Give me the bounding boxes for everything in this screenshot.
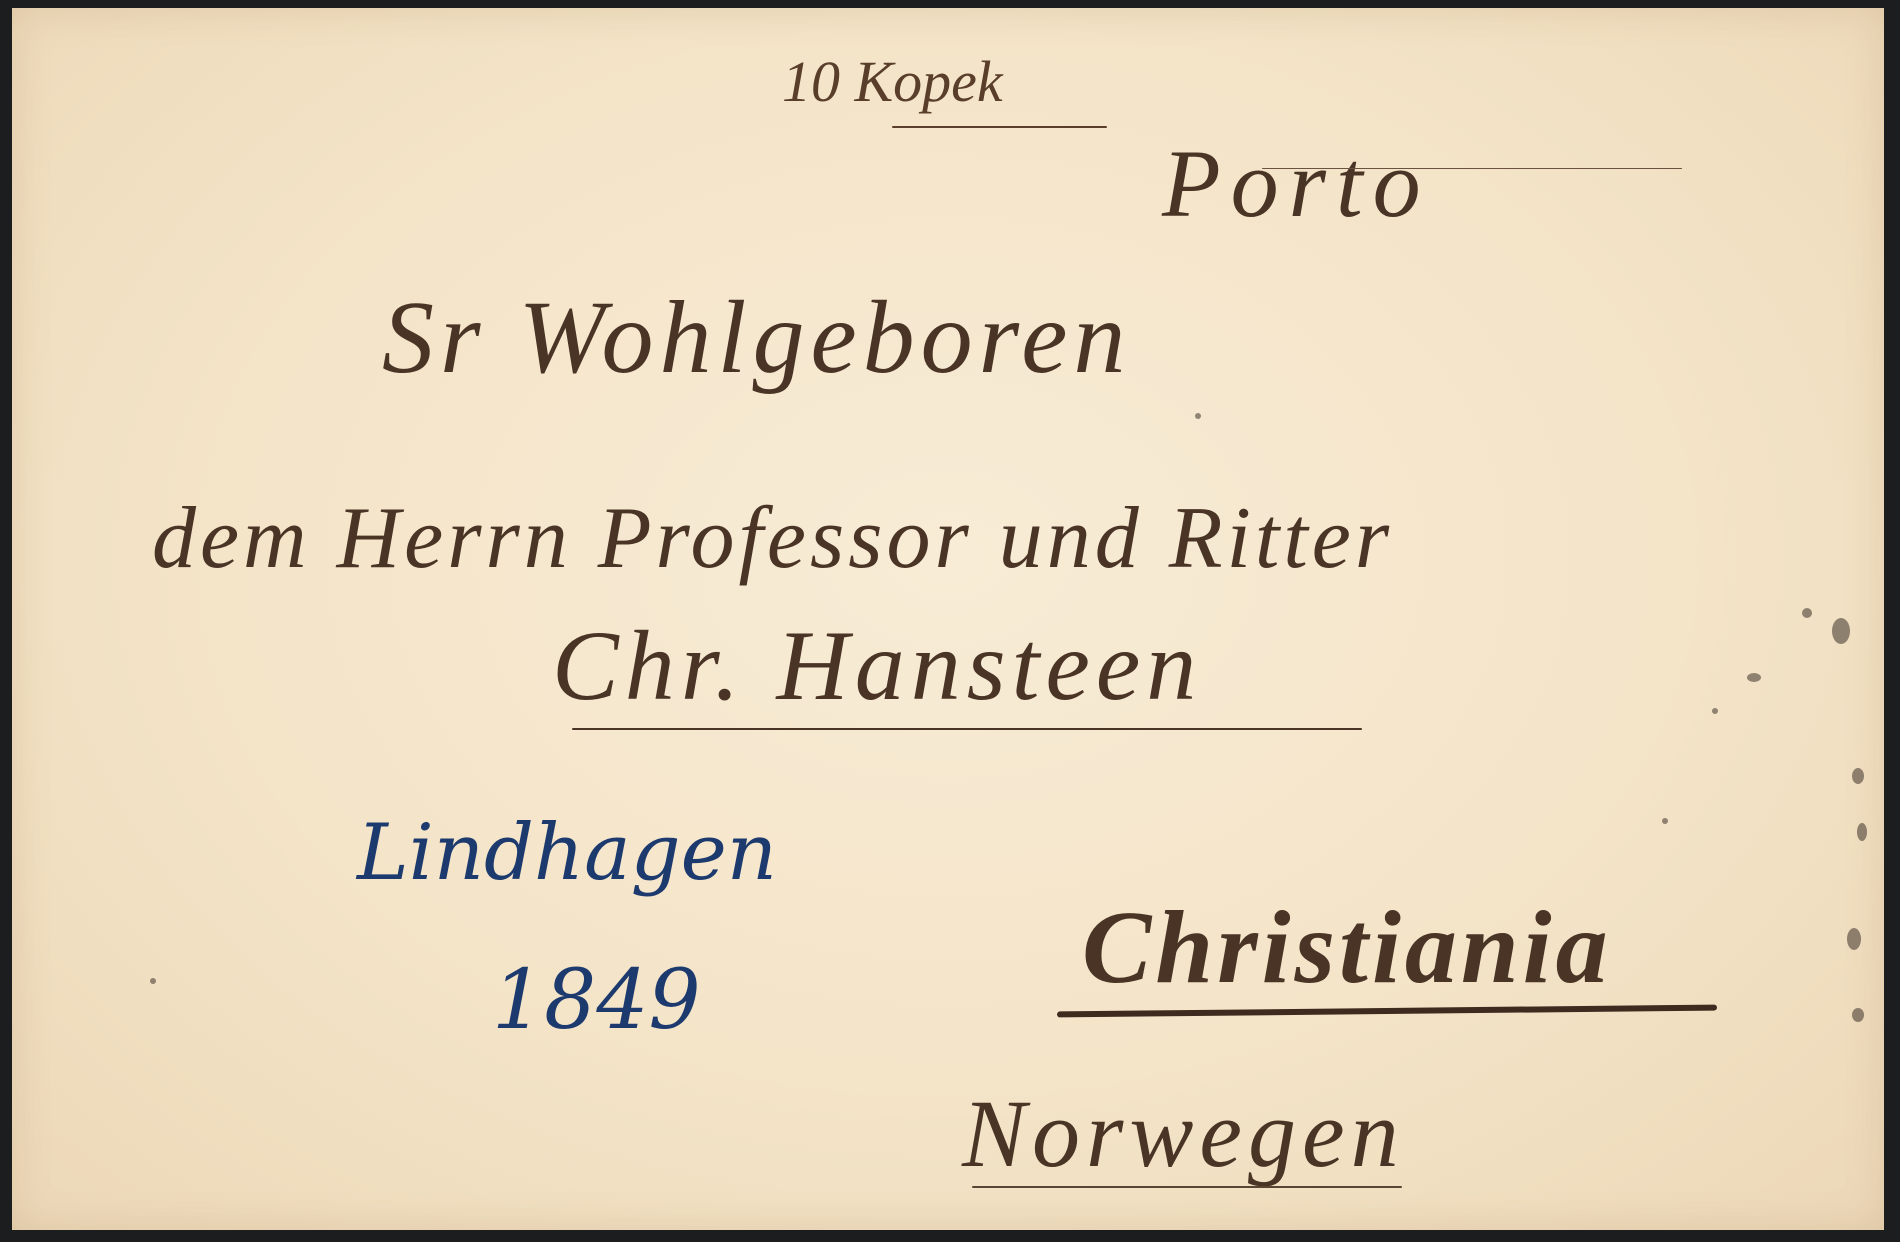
annotation-name: Lindhagen <box>357 808 777 898</box>
postmark-speck <box>1195 413 1201 419</box>
postmark-speck <box>1712 708 1718 714</box>
country-underline <box>972 1186 1402 1188</box>
postmark-speck <box>1747 673 1761 682</box>
postmark-speck <box>1802 608 1812 618</box>
envelope: 10 Kopek Porto Sr Wohlgeboren dem Herrn … <box>12 8 1884 1230</box>
rate-marking-underline <box>892 126 1107 128</box>
postmark-speck <box>1852 1008 1864 1022</box>
recipient-name: Chr. Hansteen <box>552 608 1202 723</box>
postmark-speck <box>1857 823 1867 841</box>
city: Christiania <box>1082 888 1612 1007</box>
postmark-speck <box>150 978 156 984</box>
salutation: Sr Wohlgeboren <box>382 278 1131 397</box>
country: Norwegen <box>962 1078 1405 1189</box>
address-line-1: dem Herrn Professor und Ritter <box>152 488 1393 589</box>
postmark-speck <box>1847 928 1861 950</box>
postmark-speck <box>1852 768 1864 784</box>
annotation-year: 1849 <box>492 953 701 1048</box>
postal-note-stroke <box>1262 168 1682 169</box>
recipient-underline <box>572 728 1362 730</box>
rate-marking: 10 Kopek <box>782 48 1003 115</box>
postmark-speck <box>1832 618 1850 644</box>
postmark-speck <box>1662 818 1668 824</box>
postal-note: Porto <box>1162 128 1431 239</box>
